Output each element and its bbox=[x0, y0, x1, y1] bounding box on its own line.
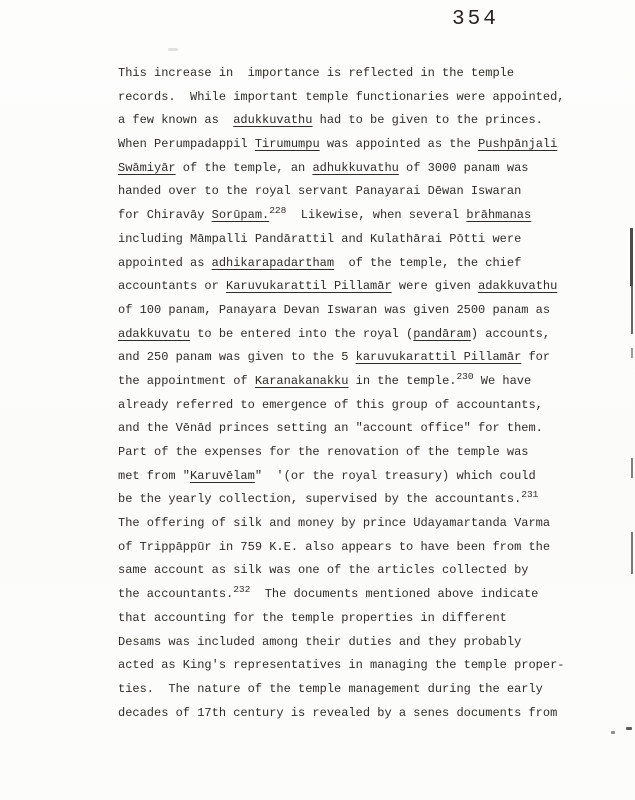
text-line: The offering of silk and money by prince… bbox=[118, 512, 588, 536]
underlined-term: adukkuvathu bbox=[233, 113, 312, 127]
text-line: decades of 17th century is revealed by a… bbox=[118, 702, 588, 726]
text-segment: that accounting for the temple propertie… bbox=[118, 611, 507, 625]
text-line: Swāmiyār of the temple, an adhukkuvathu … bbox=[118, 157, 588, 181]
text-segment: appointed as bbox=[118, 256, 212, 270]
text-line: be the yearly collection, supervised by … bbox=[118, 488, 588, 512]
text-line: handed over to the royal servant Panayar… bbox=[118, 180, 588, 204]
scan-speck bbox=[611, 731, 615, 734]
scan-speck bbox=[66, 252, 74, 257]
text-line: Desams was included among their duties a… bbox=[118, 631, 588, 655]
text-segment: met from " bbox=[118, 469, 190, 483]
text-segment: be the yearly collection, supervised by … bbox=[118, 492, 521, 506]
scanned-document-page: 354 This increase in importance is refle… bbox=[0, 0, 635, 800]
text-segment: was appointed as the bbox=[320, 137, 478, 151]
text-segment: to be entered into the royal ( bbox=[190, 327, 413, 341]
scan-speck bbox=[626, 727, 632, 730]
underlined-term: karuvukarattil Pillamār bbox=[356, 350, 522, 364]
text-segment: the appointment of bbox=[118, 374, 255, 388]
underlined-term: Karuvēlam bbox=[190, 469, 255, 483]
text-segment: Likewise, when several bbox=[286, 208, 466, 222]
text-segment: and the Vēnād princes setting an "accoun… bbox=[118, 421, 543, 435]
text-segment: of 100 panam, Panayara Devan Iswaran was… bbox=[118, 303, 550, 317]
scan-edge-line-segment bbox=[630, 228, 633, 286]
text-line: the appointment of Karanakanakku in the … bbox=[118, 370, 588, 394]
text-segment: of the temple, an bbox=[176, 161, 313, 175]
text-segment: of the temple, the chief bbox=[334, 256, 521, 270]
text-line: that accounting for the temple propertie… bbox=[118, 607, 588, 631]
text-line: a few known as adukkuvathu had to be giv… bbox=[118, 109, 588, 133]
footnote-ref: 228 bbox=[269, 205, 286, 216]
text-segment: had to be given to the princes. bbox=[312, 113, 542, 127]
text-line: ties. The nature of the temple managemen… bbox=[118, 678, 588, 702]
text-line: of 100 panam, Panayara Devan Iswaran was… bbox=[118, 299, 588, 323]
text-segment: We have bbox=[474, 374, 532, 388]
text-line: the accountants.232 The documents mentio… bbox=[118, 583, 588, 607]
text-segment: same account as silk was one of the arti… bbox=[118, 563, 528, 577]
text-line: Part of the expenses for the renovation … bbox=[118, 441, 588, 465]
text-segment: " '(or the royal treasury) which could bbox=[255, 469, 536, 483]
text-segment: for Chiravāy bbox=[118, 208, 212, 222]
text-line: and the Vēnād princes setting an "accoun… bbox=[118, 417, 588, 441]
underlined-term: brāhmanas bbox=[466, 208, 531, 222]
text-line: including Māmpalli Pandārattil and Kulat… bbox=[118, 228, 588, 252]
text-line: for Chiravāy Sorūpam.228 Likewise, when … bbox=[118, 204, 588, 228]
text-line: same account as silk was one of the arti… bbox=[118, 559, 588, 583]
scan-edge-line-segment bbox=[631, 348, 633, 358]
text-line: accountants or Karuvukarattil Pillamār w… bbox=[118, 275, 588, 299]
footnote-ref: 230 bbox=[456, 371, 473, 382]
text-segment: The documents mentioned above indicate bbox=[250, 587, 538, 601]
text-segment: When Perumpadappil bbox=[118, 137, 255, 151]
text-segment: This increase in importance is reflected… bbox=[118, 66, 514, 80]
text-segment: already referred to emergence of this gr… bbox=[118, 398, 543, 412]
text-segment: The offering of silk and money by prince… bbox=[118, 516, 550, 530]
text-line: appointed as adhikarapadartham of the te… bbox=[118, 252, 588, 276]
text-segment: of Trippāppūr in 759 K.E. also appears t… bbox=[118, 540, 550, 554]
text-segment: the accountants. bbox=[118, 587, 233, 601]
underlined-term: adakkuvatu bbox=[118, 327, 190, 341]
text-segment: accountants or bbox=[118, 279, 226, 293]
text-segment: decades of 17th century is revealed by a… bbox=[118, 706, 557, 720]
text-line: of Trippāppūr in 759 K.E. also appears t… bbox=[118, 536, 588, 560]
text-line: adakkuvatu to be entered into the royal … bbox=[118, 323, 588, 347]
scan-speck bbox=[168, 48, 178, 51]
underlined-term: Pushpānjali bbox=[478, 137, 557, 151]
text-segment: in the temple. bbox=[348, 374, 456, 388]
underlined-term: Swāmiyār bbox=[118, 161, 176, 175]
text-segment: of 3000 panam was bbox=[399, 161, 529, 175]
page-number: 354 bbox=[452, 8, 499, 31]
text-line: When Perumpadappil Tirumumpu was appoint… bbox=[118, 133, 588, 157]
text-segment: ) accounts, bbox=[471, 327, 550, 341]
underlined-term: adakkuvathu bbox=[478, 279, 557, 293]
text-segment: Desams was included among their duties a… bbox=[118, 635, 521, 649]
text-line: met from "Karuvēlam" '(or the royal trea… bbox=[118, 465, 588, 489]
underlined-term: Sorūpam. bbox=[212, 208, 270, 222]
underlined-term: Karuvukarattil Pillamār bbox=[226, 279, 392, 293]
text-segment: a few known as bbox=[118, 113, 233, 127]
text-segment: including Māmpalli Pandārattil and Kulat… bbox=[118, 232, 521, 246]
text-line: and 250 panam was given to the 5 karuvuk… bbox=[118, 346, 588, 370]
text-segment: records. While important temple function… bbox=[118, 90, 564, 104]
text-segment: Part of the expenses for the renovation … bbox=[118, 445, 528, 459]
text-segment: were given bbox=[392, 279, 478, 293]
text-line: already referred to emergence of this gr… bbox=[118, 394, 588, 418]
underlined-term: Tirumumpu bbox=[255, 137, 320, 151]
text-segment: and 250 panam was given to the 5 bbox=[118, 350, 356, 364]
footnote-ref: 231 bbox=[521, 489, 538, 500]
scan-edge-line-segment bbox=[631, 532, 633, 574]
underlined-term: Karanakanakku bbox=[255, 374, 349, 388]
footnote-ref: 232 bbox=[233, 584, 250, 595]
text-segment: ties. The nature of the temple managemen… bbox=[118, 682, 543, 696]
text-line: records. While important temple function… bbox=[118, 86, 588, 110]
text-line: acted as King's representatives in manag… bbox=[118, 654, 588, 678]
underlined-term: adhukkuvathu bbox=[312, 161, 398, 175]
underlined-term: adhikarapadartham bbox=[212, 256, 334, 270]
text-segment: acted as King's representatives in manag… bbox=[118, 658, 564, 672]
underlined-term: pandāram bbox=[413, 327, 471, 341]
text-segment: handed over to the royal servant Panayar… bbox=[118, 184, 521, 198]
scan-edge-line-segment bbox=[631, 458, 633, 478]
body-text: This increase in importance is reflected… bbox=[118, 62, 588, 725]
scan-edge-line-segment bbox=[631, 286, 633, 334]
text-segment: for bbox=[521, 350, 550, 364]
text-line: This increase in importance is reflected… bbox=[118, 62, 588, 86]
